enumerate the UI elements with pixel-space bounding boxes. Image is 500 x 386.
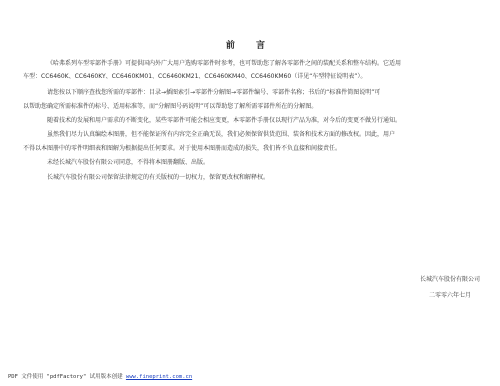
paragraph-changes-line-2: 虽然我们尽力认真编绘本图册，但不能保证所有内容完全正确无误，我们必须保留供货范围… [35,128,500,142]
paragraph-lookup-line-1: 请您按以下顺序查找您所需的零部件：目录→插图索引→零部件分解图→零部件编号、零部… [35,86,500,100]
paragraph-intro-line-2: 车型：CC6460K、CC6460KY、CC6460KM01、CC6460KM2… [23,70,483,84]
paragraph-lookup-line-2: 以帮助您确定所需标准件的标号、适用标准等，而“分解图号码说明”可以帮助您了解所需… [23,100,483,114]
signature-company: 长城汽车股份有限公司 [400,274,500,283]
paragraph-rights: 长城汽车股份有限公司保留法律规定的有关版权的一切权力，保留更改权和解释权。 [35,171,500,185]
footer-link[interactable]: www.fineprint.com.cn [126,374,192,380]
signature-date: 二零零六年七月 [400,290,500,299]
page-title: 前 言 [0,38,500,51]
paragraph-copyright: 未经长城汽车股份有限公司同意，不得将本图册翻版、出版。 [35,156,500,170]
pdf-footer: PDF 文件使用 "pdfFactory" 试用版本创建 www.finepri… [8,372,192,380]
footer-text: PDF 文件使用 "pdfFactory" 试用版本创建 [8,374,126,380]
paragraph-changes-line-3: 不得以本图册中的零件明细表和图解为根据提出任何要求。对于使用本图册而造成的损失，… [23,142,483,156]
paragraph-changes-line-1: 随着技术的发展和用户需求的不断变化，某些零部件可能会相应变更，本零部件手册仅以现… [35,114,500,128]
paragraph-intro-line-1: 《哈弗系列车型零部件手册》可提供国内外广大用户选购零部件时参考，也可帮助您了解各… [35,57,500,71]
